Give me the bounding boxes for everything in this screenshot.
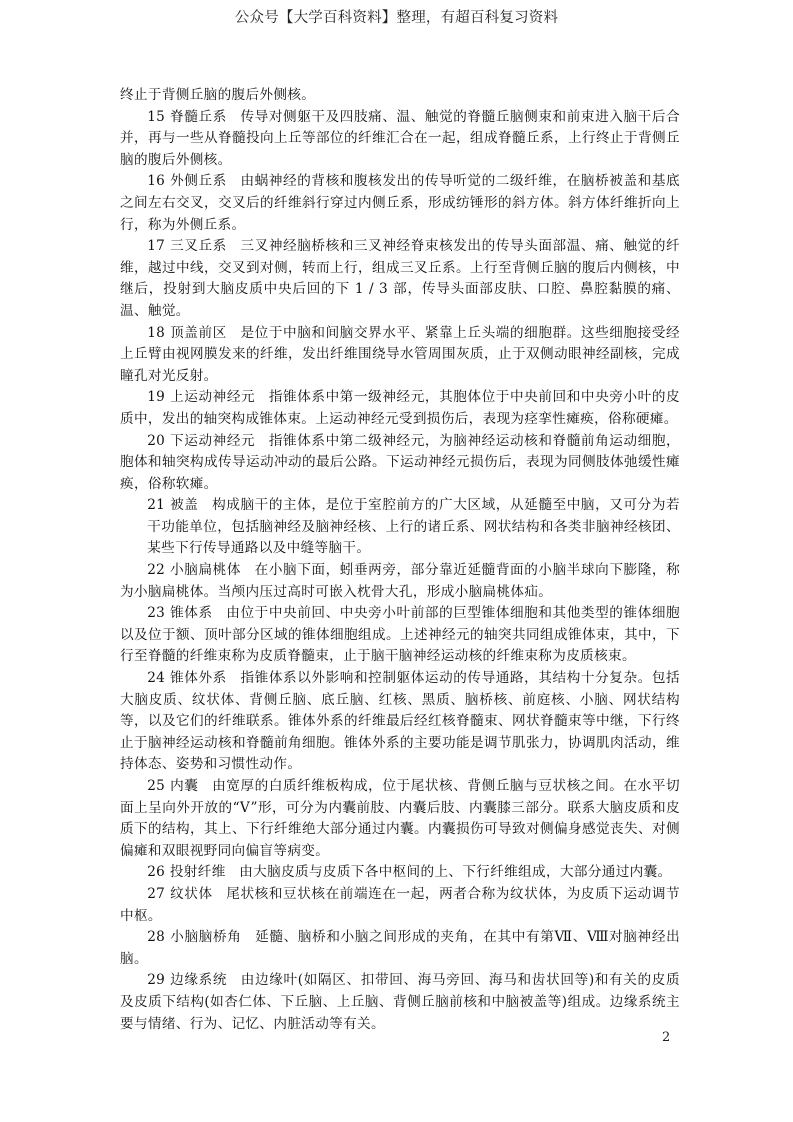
term-number: 19	[147, 389, 165, 405]
paragraph-term-21: 21 被盖构成脑干的主体，是位于室腔前方的广大区域，从延髓至中脑，又可分为若干功…	[120, 495, 680, 560]
term-title: 锥体外系	[170, 670, 227, 686]
term-number: 21	[147, 497, 165, 513]
term-title: 被盖	[170, 497, 198, 513]
paragraph-term-15: 15 脊髓丘系传导对侧躯干及四肢痛、温、触觉的脊髓丘脑侧束和前束进入脑干后合并，…	[120, 107, 680, 172]
paragraph-text: 终止于背侧丘脑的腹后外侧核。	[120, 87, 315, 103]
term-title: 脊髓丘系	[170, 109, 227, 125]
term-number: 24	[147, 670, 165, 686]
term-title: 小脑扁桃体	[170, 562, 241, 578]
term-title: 锥体系	[170, 605, 213, 621]
term-definition: 构成脑干的主体，是位于室腔前方的广大区域，从延髓至中脑，又可分为若干功能单位，包…	[147, 497, 680, 556]
term-title: 投射纤维	[170, 864, 226, 880]
paragraph-term-28: 28 小脑脑桥角延髓、脑桥和小脑之间形成的夹角，在其中有第Ⅶ、Ⅷ对脑神经出脑。	[120, 927, 680, 970]
term-number: 25	[147, 778, 165, 794]
term-number: 20	[147, 433, 165, 449]
term-definition: 由宽厚的白质纤维板构成，位于尾状核、背侧丘脑与豆状核之间。在水平切面上呈向外开放…	[120, 778, 680, 859]
term-number: 18	[147, 325, 165, 341]
page-number: 2	[662, 1030, 670, 1045]
term-number: 28	[147, 929, 165, 945]
term-title: 顶盖前区	[170, 325, 227, 341]
term-number: 15	[147, 109, 165, 125]
term-number: 26	[147, 864, 165, 880]
paragraph-term-29: 29 边缘系统由边缘叶(如隔区、扣带回、海马旁回、海马和齿状回等)和有关的皮质及…	[120, 970, 680, 1035]
term-number: 17	[147, 238, 165, 254]
paragraph-continuation: 终止于背侧丘脑的腹后外侧核。	[120, 85, 680, 107]
paragraph-term-22: 22 小脑扁桃体在小脑下面，蚓垂两旁，部分靠近延髓背面的小脑半球向下膨隆，称为小…	[120, 560, 680, 603]
paragraph-term-19: 19 上运动神经元指锥体系中第一级神经元，其胞体位于中央前回和中央旁小叶的皮质中…	[120, 387, 680, 430]
term-number: 29	[147, 972, 165, 988]
paragraph-term-18: 18 顶盖前区是位于中脑和间脑交界水平、紧靠上丘头端的细胞群。这些细胞接受经上丘…	[120, 323, 680, 388]
term-title: 上运动神经元	[170, 389, 255, 405]
term-number: 27	[147, 886, 165, 902]
term-title: 下运动神经元	[170, 433, 255, 449]
paragraph-term-16: 16 外侧丘系由蜗神经的背核和腹核发出的传导听觉的二级纤维，在脑桥被盖和基底之间…	[120, 171, 680, 236]
term-title: 小脑脑桥角	[170, 929, 241, 945]
paragraph-term-17: 17 三叉丘系三叉神经脑桥核和三叉神经脊束核发出的传导头面部温、痛、触觉的纤维，…	[120, 236, 680, 322]
paragraph-term-20: 20 下运动神经元指锥体系中第二级神经元，为脑神经运动核和脊髓前角运动细胞，胞体…	[120, 431, 680, 496]
term-number: 23	[147, 605, 165, 621]
paragraph-term-23: 23 锥体系由位于中央前回、中央旁小叶前部的巨型锥体细胞和其他类型的锥体细胞以及…	[120, 603, 680, 668]
term-number: 16	[147, 173, 165, 189]
paragraph-term-25: 25 内囊由宽厚的白质纤维板构成，位于尾状核、背侧丘脑与豆状核之间。在水平切面上…	[120, 776, 680, 862]
paragraph-term-27: 27 纹状体尾状核和豆状核在前端连在一起，两者合称为纹状体，为皮质下运动调节中枢…	[120, 884, 680, 927]
term-title: 三叉丘系	[170, 238, 227, 254]
term-title: 外侧丘系	[170, 173, 227, 189]
page-header: 公众号【大学百科资料】整理，有超百科复习资料	[0, 6, 793, 27]
paragraph-term-24: 24 锥体外系指锥体系以外影响和控制躯体运动的传导通路，其结构十分复杂。包括大脑…	[120, 668, 680, 776]
term-title: 内囊	[170, 778, 198, 794]
term-title: 纹状体	[170, 886, 213, 902]
paragraph-term-26: 26 投射纤维由大脑皮质与皮质下各中枢间的上、下行纤维组成，大部分通过内囊。	[120, 862, 680, 884]
document-body: 终止于背侧丘脑的腹后外侧核。 15 脊髓丘系传导对侧躯干及四肢痛、温、触觉的脊髓…	[120, 85, 680, 1035]
term-definition: 由大脑皮质与皮质下各中枢间的上、下行纤维组成，大部分通过内囊。	[239, 864, 671, 880]
term-number: 22	[147, 562, 165, 578]
term-title: 边缘系统	[170, 972, 227, 988]
